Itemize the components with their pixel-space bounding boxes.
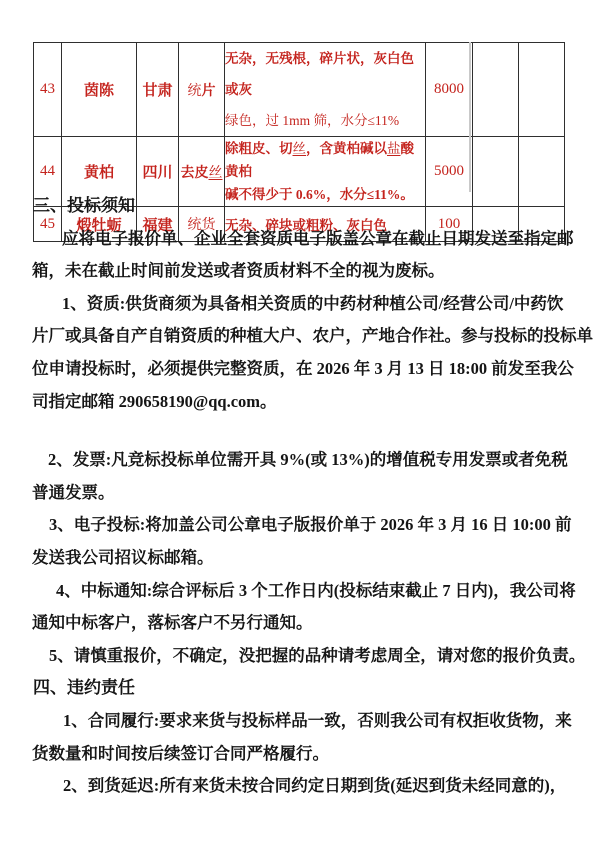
text-segment: 1、合同履行:要求来货与投标样品一致，否则我公司有权拒收货物，来 bbox=[63, 711, 572, 730]
text-segment: 绿色，过 1mm 筛，水分≤11% bbox=[225, 113, 399, 128]
item-quantity-cell: 8000 bbox=[426, 43, 473, 137]
text-segment: 无杂，无残根，碎片状，灰白色或灰 bbox=[225, 51, 414, 97]
blank-line bbox=[32, 418, 584, 444]
item-spec-cell: 统片 bbox=[179, 43, 225, 137]
text-segment: 除粗皮、切 bbox=[225, 141, 293, 156]
text-segment: 盐 bbox=[387, 141, 401, 156]
section-heading: 三、投标须知 bbox=[32, 190, 584, 223]
text-segment: 应将电子报价单、企业全套资质电子版盖公章在截止日期发送至指定邮 bbox=[62, 229, 574, 248]
text-segment: 箱，未在截止时间前发送或者资质材料不全的视为废标。 bbox=[32, 261, 445, 280]
document-page: 43茵陈甘肃统片无杂，无残根，碎片状，灰白色或灰绿色，过 1mm 筛，水分≤11… bbox=[0, 0, 600, 848]
text-line: 5、请慎重报价，不确定，没把握的品种请考虑周全，请对您的报价负责。 bbox=[32, 640, 584, 673]
text-line: 发送我公司招议标邮箱。 bbox=[32, 542, 584, 575]
text-segment: 普通发票。 bbox=[32, 483, 115, 502]
text-line: 货数量和时间按后续签订合同严格履行。 bbox=[32, 738, 584, 771]
text-line: 司指定邮箱 290658190@qq.com。 bbox=[32, 386, 584, 419]
text-line: 1、合同履行:要求来货与投标样品一致，否则我公司有权拒收货物，来 bbox=[32, 705, 584, 738]
text-line: 4、中标通知:综合评标后 3 个工作日内(投标结束截止 7 日内)，我公司将 bbox=[32, 575, 584, 608]
empty-cell bbox=[519, 43, 565, 137]
text-segment: 去皮 bbox=[181, 166, 209, 181]
page-margin-guide-line bbox=[469, 42, 471, 192]
text-segment: 三、投标须知 bbox=[33, 196, 135, 215]
text-segment: 四、违约责任 bbox=[33, 678, 135, 697]
document-body-text: 三、投标须知应将电子报价单、企业全套资质电子版盖公章在截止日期发送至指定邮箱，未… bbox=[32, 190, 584, 803]
text-segment: 丝 bbox=[293, 141, 307, 156]
text-line: 位申请投标时，必须提供完整资质，在 2026 年 3 月 13 日 18:00 … bbox=[32, 353, 584, 386]
text-line: 通知中标客户，落标客户不另行通知。 bbox=[32, 607, 584, 640]
text-line: 普通发票。 bbox=[32, 477, 584, 510]
text-segment: 2、发票:凡竞标投标单位需开具 9%(或 13%)的增值税专用发票或者免税 bbox=[48, 450, 568, 469]
text-line: 1、资质:供货商须为具备相关资质的中药材种植公司/经营公司/中药饮 bbox=[32, 288, 584, 321]
text-segment: 片 bbox=[202, 84, 216, 99]
text-line: 应将电子报价单、企业全套资质电子版盖公章在截止日期发送至指定邮 bbox=[32, 223, 584, 256]
text-segment: 通知中标客户，落标客户不另行通知。 bbox=[32, 613, 313, 632]
text-line: 片厂或具备自产自销资质的种植大户、农户，产地合作社。参与投标的投标单 bbox=[32, 320, 584, 353]
text-segment: 司指定邮箱 290658190@qq.com。 bbox=[32, 392, 277, 411]
item-quality-desc-cell: 无杂，无残根，碎片状，灰白色或灰绿色，过 1mm 筛，水分≤11% bbox=[225, 43, 426, 137]
text-segment: 4、中标通知:综合评标后 3 个工作日内(投标结束截止 7 日内)，我公司将 bbox=[56, 581, 576, 600]
text-segment: 丝 bbox=[209, 166, 223, 181]
item-name-cell: 茵陈 bbox=[62, 43, 137, 137]
text-segment: 位申请投标时，必须提供完整资质，在 2026 年 3 月 13 日 18:00 … bbox=[32, 359, 574, 378]
text-segment: 3、电子投标:将加盖公司公章电子版报价单于 2026 年 3 月 16 日 10… bbox=[49, 515, 572, 534]
text-line: 箱，未在截止时间前发送或者资质材料不全的视为废标。 bbox=[32, 255, 584, 288]
text-segment: 5、请慎重报价，不确定，没把握的品种请考虑周全，请对您的报价负责。 bbox=[49, 646, 585, 665]
text-line: 3、电子投标:将加盖公司公章电子版报价单于 2026 年 3 月 16 日 10… bbox=[32, 509, 584, 542]
text-line: 2、发票:凡竞标投标单位需开具 9%(或 13%)的增值税专用发票或者免税 bbox=[32, 444, 584, 477]
text-line: 2、到货延迟:所有来货未按合同约定日期到货(延迟到货未经同意的)， bbox=[32, 770, 584, 803]
text-segment: 发送我公司招议标邮箱。 bbox=[32, 548, 214, 567]
item-number-cell: 43 bbox=[34, 43, 62, 137]
text-segment: 货数量和时间按后续签订合同严格履行。 bbox=[32, 744, 329, 763]
text-segment: ，含黄柏碱以 bbox=[306, 141, 387, 156]
text-segment: 统 bbox=[188, 84, 202, 99]
empty-cell bbox=[473, 43, 519, 137]
table-row: 43茵陈甘肃统片无杂，无残根，碎片状，灰白色或灰绿色，过 1mm 筛，水分≤11… bbox=[34, 43, 565, 137]
text-segment: 1、资质:供货商须为具备相关资质的中药材种植公司/经营公司/中药饮 bbox=[62, 294, 563, 313]
text-segment: 2、到货延迟:所有来货未按合同约定日期到货(延迟到货未经同意的)， bbox=[63, 776, 566, 795]
item-origin-cell: 甘肃 bbox=[137, 43, 179, 137]
text-segment: 片厂或具备自产自销资质的种植大户、农户，产地合作社。参与投标的投标单 bbox=[32, 326, 593, 345]
section-heading: 四、违约责任 bbox=[32, 672, 584, 705]
